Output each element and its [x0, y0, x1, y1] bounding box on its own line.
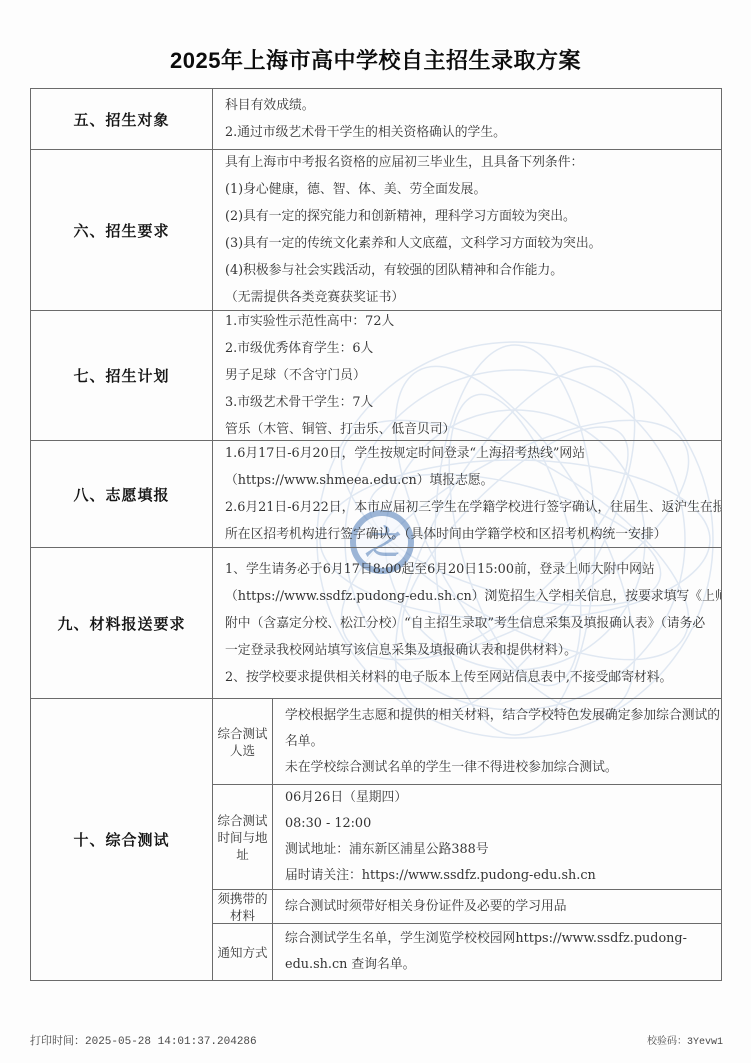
content-line: 06月26日（星期四） [285, 785, 715, 811]
checksum-value: 3Yevw1 [687, 1037, 723, 1048]
subrow-label: 通知方式 [213, 924, 273, 980]
checksum: 校验码：3Yevw1 [647, 1032, 723, 1048]
content-line: edu.sh.cn 查询名单。 [285, 952, 715, 978]
content-line: (2)具有一定的探究能力和创新精神，理科学习方面较为突出。 [225, 203, 715, 230]
content-line: 2、按学校要求提供相关材料的电子版本上传至网站信息表中,不接受邮寄材料。 [225, 664, 715, 691]
subrow-label: 综合测试人选 [213, 699, 273, 784]
row-label: 六、招生要求 [31, 150, 213, 310]
content-line: 男子足球（不含守门员） [225, 362, 715, 389]
print-time: 打印时间：2025-05-28 14:01:37.204286 [30, 1032, 257, 1048]
content-line: 综合测试学生名单，学生浏览学校校园网https://www.ssdfz.pudo… [285, 926, 715, 952]
content-line: 附中（含嘉定分校、松江分校）“自主招生录取”考生信息采集及填报确认表》（请务必 [225, 610, 715, 637]
content-line: 未在学校综合测试名单的学生一律不得进校参加综合测试。 [285, 755, 715, 781]
content-line: 08:30 - 12:00 [285, 811, 715, 837]
content-line: (4)积极参与社会实践活动，有较强的团队精神和合作能力。 [225, 257, 715, 284]
subrow-content: 综合测试学生名单，学生浏览学校校园网https://www.ssdfz.pudo… [273, 924, 721, 980]
table-row: 九、材料报送要求1、学生请务必于6月17日8:00起至6月20日15:00前，登… [31, 548, 721, 699]
row-label: 九、材料报送要求 [31, 548, 213, 698]
row-label: 七、招生计划 [31, 311, 213, 440]
composite-subrows: 综合测试人选学校根据学生志愿和提供的相关材料，结合学校特色发展确定参加综合测试的… [213, 699, 721, 980]
content-line: 1.6月17日-6月20日，学生按规定时间登录“上海招考热线”网站 [225, 441, 715, 467]
content-line: 一定登录我校网站填写该信息采集及填报确认表和提供材料）。 [225, 637, 715, 664]
table-row: 六、招生要求具有上海市中考报名资格的应届初三毕业生，且具备下列条件：(1)身心健… [31, 150, 721, 311]
content-line: （无需提供各类竞赛获奖证书） [225, 284, 715, 310]
content-line: 2.6月21日-6月22日，本市应届初三学生在学籍学校进行签字确认，往届生、返沪… [225, 494, 715, 521]
subrow-content: 学校根据学生志愿和提供的相关材料，结合学校特色发展确定参加综合测试的名单。未在学… [273, 699, 721, 784]
content-line: 届时请关注：https://www.ssdfz.pudong-edu.sh.cn [285, 863, 715, 889]
subrow-label: 须携带的材料 [213, 890, 273, 923]
table-subrow: 通知方式综合测试学生名单，学生浏览学校校园网https://www.ssdfz.… [213, 924, 721, 980]
checksum-label: 校验码： [647, 1037, 687, 1048]
row-content: 具有上海市中考报名资格的应届初三毕业生，且具备下列条件：(1)身心健康，德、智、… [213, 150, 721, 310]
row-content: 1.6月17日-6月20日，学生按规定时间登录“上海招考热线”网站（https:… [213, 441, 721, 547]
row-content: 1.市实验性示范性高中：72人2.市级优秀体育学生：6人男子足球（不含守门员）3… [213, 311, 721, 440]
table-row: 八、志愿填报1.6月17日-6月20日，学生按规定时间登录“上海招考热线”网站（… [31, 441, 721, 548]
table-subrow: 综合测试时间与地址06月26日（星期四）08:30 - 12:00测试地址：浦东… [213, 785, 721, 890]
content-line: 名单。 [285, 729, 715, 755]
subrow-label: 综合测试时间与地址 [213, 785, 273, 889]
composite-row: 十、综合测试 综合测试人选学校根据学生志愿和提供的相关材料，结合学校特色发展确定… [31, 699, 721, 980]
row-label: 十、综合测试 [31, 699, 213, 980]
table-subrow: 须携带的材料综合测试时须带好相关身份证件及必要的学习用品 [213, 890, 721, 924]
print-time-label: 打印时间： [30, 1036, 85, 1048]
table-row: 七、招生计划1.市实验性示范性高中：72人2.市级优秀体育学生：6人男子足球（不… [31, 311, 721, 441]
page-title: 2025年上海市高中学校自主招生录取方案 [0, 44, 751, 75]
content-line: 管乐（木管、铜管、打击乐、低音贝司） [225, 416, 715, 440]
content-line: （https://www.shmeea.edu.cn）填报志愿。 [225, 467, 715, 494]
row-label: 五、招生对象 [31, 89, 213, 149]
content-line: (3)具有一定的传统文化素养和人文底蕴，文科学习方面较为突出。 [225, 230, 715, 257]
admission-table: 五、招生对象科目有效成绩。2.通过市级艺术骨干学生的相关资格确认的学生。六、招生… [30, 88, 722, 981]
content-line: (1)身心健康，德、智、体、美、劳全面发展。 [225, 176, 715, 203]
content-line: 具有上海市中考报名资格的应届初三毕业生，且具备下列条件： [225, 150, 715, 176]
footer: 打印时间：2025-05-28 14:01:37.204286 校验码：3Yev… [30, 1032, 723, 1048]
content-line: 3.市级艺术骨干学生：7人 [225, 389, 715, 416]
subrow-content: 06月26日（星期四）08:30 - 12:00测试地址：浦东新区浦星公路388… [273, 785, 721, 889]
row-content: 1、学生请务必于6月17日8:00起至6月20日15:00前，登录上师大附中网站… [213, 548, 721, 698]
content-line: 测试地址：浦东新区浦星公路388号 [285, 837, 715, 863]
content-line: 学校根据学生志愿和提供的相关材料，结合学校特色发展确定参加综合测试的 [285, 703, 715, 729]
table-row: 五、招生对象科目有效成绩。2.通过市级艺术骨干学生的相关资格确认的学生。 [31, 89, 721, 150]
content-line: 所在区招考机构进行签字确认。（具体时间由学籍学校和区招考机构统一安排） [225, 521, 715, 547]
content-line: 综合测试时须带好相关身份证件及必要的学习用品 [285, 894, 715, 920]
row-content: 科目有效成绩。2.通过市级艺术骨干学生的相关资格确认的学生。 [213, 89, 721, 149]
content-line: 2.通过市级艺术骨干学生的相关资格确认的学生。 [225, 119, 715, 146]
content-line: 1.市实验性示范性高中：72人 [225, 311, 715, 335]
content-line: 科目有效成绩。 [225, 92, 715, 119]
content-line: （https://www.ssdfz.pudong-edu.sh.cn）浏览招生… [225, 583, 715, 610]
table-rows: 五、招生对象科目有效成绩。2.通过市级艺术骨干学生的相关资格确认的学生。六、招生… [31, 89, 721, 699]
table-subrow: 综合测试人选学校根据学生志愿和提供的相关材料，结合学校特色发展确定参加综合测试的… [213, 699, 721, 785]
print-time-value: 2025-05-28 14:01:37.204286 [85, 1036, 257, 1048]
content-line: 1、学生请务必于6月17日8:00起至6月20日15:00前，登录上师大附中网站 [225, 556, 715, 583]
content-line: 2.市级优秀体育学生：6人 [225, 335, 715, 362]
subrow-content: 综合测试时须带好相关身份证件及必要的学习用品 [273, 890, 721, 923]
row-label: 八、志愿填报 [31, 441, 213, 547]
